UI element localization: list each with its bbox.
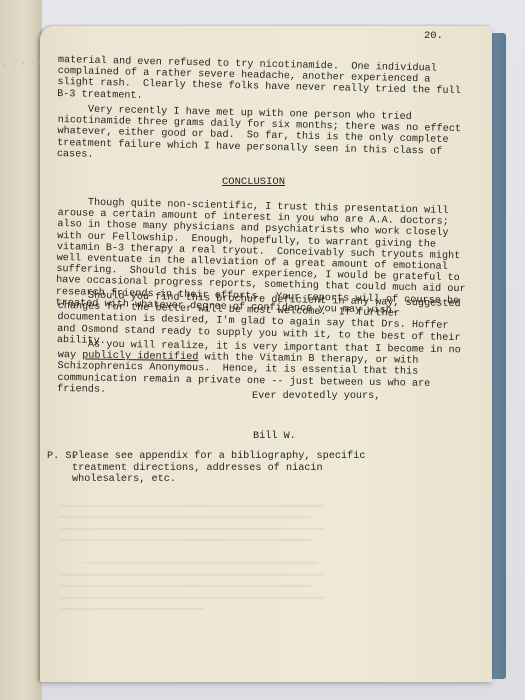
signature: Bill W. bbox=[253, 431, 296, 442]
left-page-show-through: · · · · bbox=[2, 59, 36, 71]
paragraph-2: Very recently I have met up with one per… bbox=[57, 104, 472, 169]
section-heading: CONCLUSION bbox=[222, 176, 285, 188]
left-page: · · · · bbox=[0, 0, 42, 700]
paragraph-1: material and even refused to try nicotin… bbox=[57, 55, 472, 109]
ps-text: Please see appendix for a bibliography, … bbox=[72, 451, 402, 486]
show-through-text: ────────────────────────────────────────… bbox=[60, 490, 480, 617]
closing: Ever devotedly yours, bbox=[252, 391, 380, 402]
paragraph-text: Very recently I have met up with one per… bbox=[57, 104, 472, 169]
page-number: 20. bbox=[424, 30, 443, 42]
paragraph-text: material and even refused to try nicotin… bbox=[57, 55, 472, 109]
book-cover bbox=[490, 33, 506, 679]
